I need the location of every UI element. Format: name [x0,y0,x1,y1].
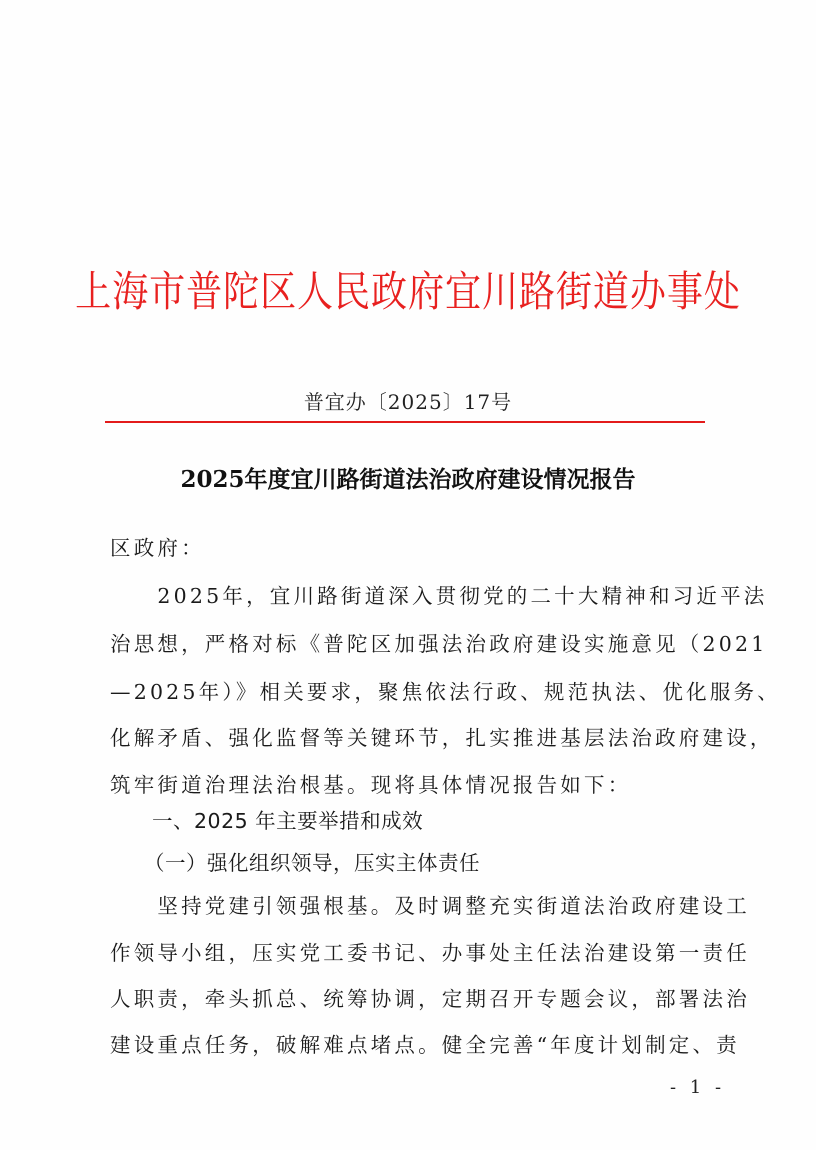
section-heading-1: 一、2025 年主要举措和成效 [152,806,423,836]
intro-line-2: 治思想，严格对标《普陀区加强法治政府建设实施意见（2021 [110,629,767,659]
intro-line-5: 筑牢街道治理法治根基。现将具体情况报告如下： [110,770,631,800]
paragraph-line-2: 作领导小组，压实党工委书记、办事处主任法治建设第一责任 [110,938,750,968]
document-title: 2025年度宜川路街道法治政府建设情况报告 [0,463,816,497]
red-separator-line [105,421,705,423]
paragraph-line-1: 坚持党建引领强根基。及时调整充实街道法治政府建设工 [110,891,750,921]
salutation: 区政府： [110,533,205,563]
paragraph-line-3: 人职责，牵头抓总、统筹协调，定期召开专题会议，部署法治 [110,984,750,1014]
issuing-organization-header: 上海市普陀区人民政府宜川路街道办事处 [57,262,759,322]
document-number: 普宜办〔2025〕17号 [0,388,816,416]
intro-line-4: 化解矛盾、强化监督等关键环节，扎实推进基层法治政府建设， [110,723,774,753]
subsection-heading-1: （一）强化组织领导，压实主体责任 [144,848,480,878]
intro-line-1: 2025年，宜川路街道深入贯彻党的二十大精神和习近平法 [110,581,767,611]
intro-line-3: —2025年）》相关要求，聚焦依法行政、规范执法、优化服务、 [110,677,781,707]
page-number: - 1 - [670,1077,725,1098]
document-page: 上海市普陀区人民政府宜川路街道办事处 普宜办〔2025〕17号 2025年度宜川… [0,0,816,1150]
paragraph-line-4: 建设重点任务，破解难点堵点。健全完善“年度计划制定、责 [110,1030,740,1060]
